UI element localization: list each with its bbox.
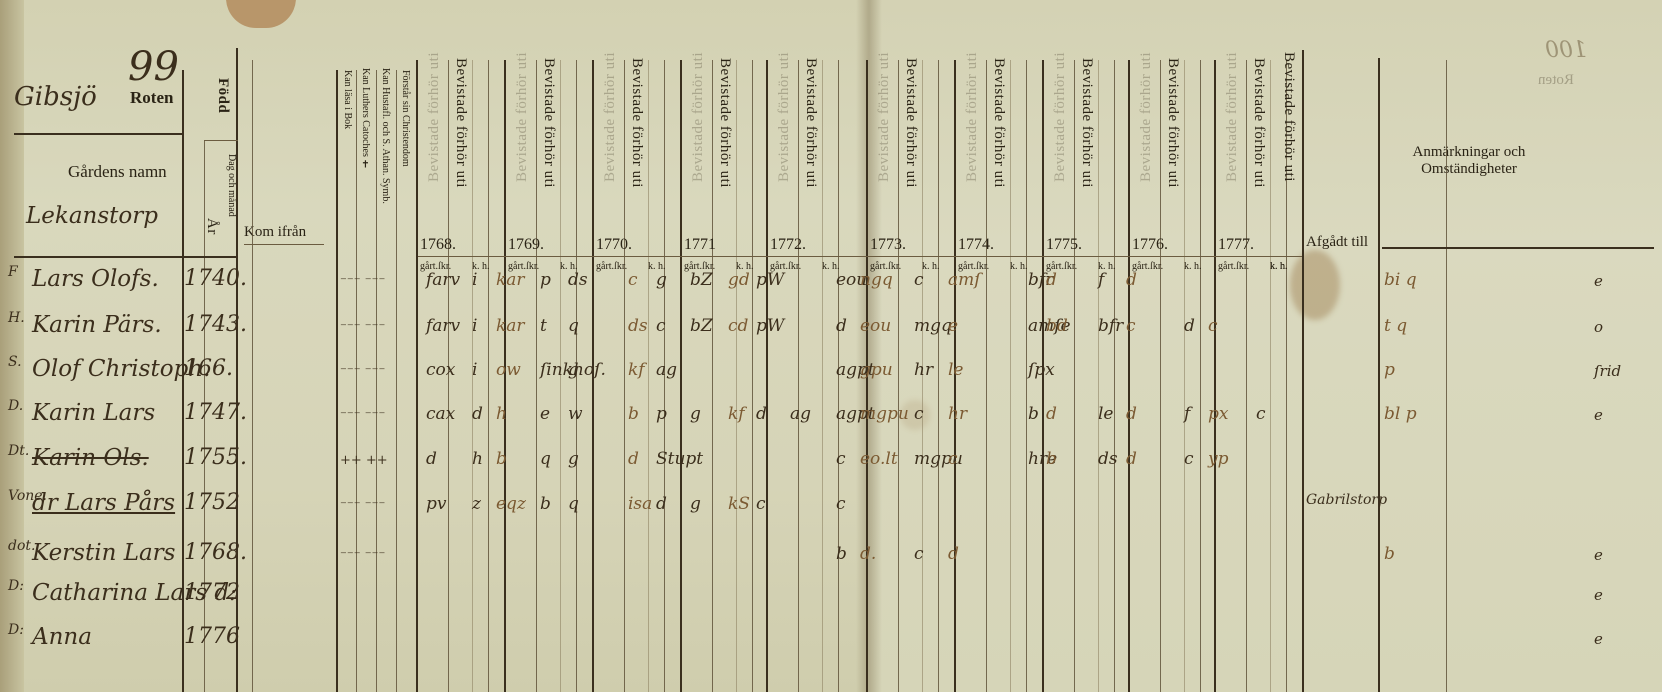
exam-mark: eo.lt bbox=[860, 449, 898, 469]
exam-mark: e bbox=[948, 316, 958, 336]
year-rule bbox=[416, 256, 1302, 257]
year-label: 1769. bbox=[508, 236, 544, 254]
exam-mark: c bbox=[914, 404, 924, 424]
remark-code: ſrid bbox=[1594, 362, 1621, 380]
remark-note: p bbox=[1384, 360, 1395, 380]
rote-label: Roten bbox=[130, 88, 173, 108]
exam-mark: c bbox=[948, 449, 958, 469]
person-prefix: Dt. bbox=[8, 443, 29, 459]
birth-year: 166. bbox=[184, 356, 233, 381]
year-label: 1775. bbox=[1046, 236, 1082, 254]
remark-code: e bbox=[1594, 272, 1603, 290]
rule bbox=[252, 60, 253, 692]
exam-mark: b bbox=[496, 449, 507, 469]
bleedthrough-label: Bevistade förhör uti bbox=[876, 52, 893, 182]
kom-ifran-label: Kom ifrån bbox=[244, 224, 306, 241]
exam-mark: e bbox=[540, 404, 550, 424]
exam-mark: h bbox=[472, 449, 483, 469]
ink-stain bbox=[1290, 250, 1340, 320]
person-name: Karin Lars bbox=[32, 400, 155, 426]
birth-year: 1768. bbox=[184, 540, 247, 565]
exam-mark: b bbox=[1028, 404, 1039, 424]
exam-mark: d bbox=[1184, 316, 1195, 336]
exam-mark: hr bbox=[914, 360, 933, 380]
year-label: 1774. bbox=[958, 236, 994, 254]
rule bbox=[680, 60, 682, 692]
person-name: Kerstin Lars bbox=[32, 540, 175, 566]
exam-mark: c bbox=[628, 270, 638, 290]
afgatt-till: Gabrilstorp bbox=[1306, 492, 1387, 508]
person-name: Karin Pärs. bbox=[32, 312, 162, 338]
year-sublabel: gårt.ſkr. bbox=[1218, 261, 1249, 272]
rule bbox=[244, 244, 324, 245]
exam-mark: d bbox=[1126, 449, 1137, 469]
rule bbox=[938, 60, 939, 692]
birth-year: 1740. bbox=[184, 266, 247, 291]
exam-mark: i bbox=[472, 316, 477, 336]
exam-mark: d bbox=[948, 544, 959, 564]
ar-label: År bbox=[203, 218, 220, 235]
person-prefix: H. bbox=[8, 310, 25, 326]
rote-divider bbox=[14, 133, 184, 135]
exam-mark: b bbox=[540, 494, 551, 514]
year-label: 1770. bbox=[596, 236, 632, 254]
person-name: dr Lars Pårs bbox=[32, 490, 175, 516]
exam-mark: gd bbox=[728, 270, 750, 290]
exam-mark: eou bbox=[860, 316, 891, 336]
exam-mark: d bbox=[656, 494, 667, 514]
exam-mark: ow bbox=[496, 360, 521, 380]
bevistade-label: Bevistade förhör uti bbox=[452, 58, 469, 188]
exam-mark: ds bbox=[568, 270, 588, 290]
exam-mark: gpu bbox=[860, 360, 893, 380]
exam-mark: c bbox=[756, 494, 766, 514]
year-label: 1773. bbox=[870, 236, 906, 254]
kh-label: k. h. bbox=[1184, 261, 1202, 272]
exam-mark: d bbox=[1046, 270, 1057, 290]
exam-mark: ngq bbox=[860, 270, 893, 290]
exam-mark: kf bbox=[728, 404, 745, 424]
exam-mark: c bbox=[1184, 449, 1194, 469]
exam-mark: cox bbox=[426, 360, 455, 380]
rule bbox=[1200, 60, 1201, 692]
birth-year: 1747. bbox=[184, 400, 247, 425]
bleedthrough-label: Bevistade förhör uti bbox=[1052, 52, 1069, 182]
exam-mark: c bbox=[1208, 316, 1218, 336]
exam-mark: c bbox=[1126, 316, 1136, 336]
rule bbox=[624, 60, 625, 692]
exam-mark: cax bbox=[426, 404, 455, 424]
catechism-marks: ++ ++ bbox=[340, 453, 388, 468]
exam-mark: ds bbox=[1098, 449, 1118, 469]
person-prefix: D: bbox=[8, 622, 24, 638]
rule bbox=[356, 70, 357, 692]
year-label: 1777. bbox=[1218, 236, 1254, 254]
exam-mark: mgq bbox=[914, 316, 952, 336]
exam-mark: kf bbox=[628, 360, 645, 380]
bleedthrough-label: Bevistade förhör uti bbox=[776, 52, 793, 182]
bevistade-label: Bevistade förhör uti bbox=[902, 58, 919, 188]
exam-mark: t bbox=[540, 316, 547, 336]
rule bbox=[1214, 60, 1216, 692]
exam-mark: c bbox=[1256, 404, 1266, 424]
rule bbox=[488, 60, 489, 692]
exam-mark: px bbox=[1208, 404, 1228, 424]
exam-mark: Stupt bbox=[656, 449, 703, 469]
bevistade-label: Bevistade förhör uti bbox=[802, 58, 819, 188]
rule bbox=[1098, 60, 1099, 692]
exam-mark: c bbox=[914, 544, 924, 564]
year-sublabel: gårt.ſkr. bbox=[596, 261, 627, 272]
exam-mark: cd bbox=[728, 316, 748, 336]
exam-mark: q bbox=[568, 494, 579, 514]
exam-mark: p bbox=[540, 270, 551, 290]
bevistade-label: Bevistade förhör uti bbox=[990, 58, 1007, 188]
exam-mark: d. bbox=[860, 544, 876, 564]
bleedthrough-label: Bevistade förhör uti bbox=[426, 52, 443, 182]
exam-mark: c bbox=[836, 494, 846, 514]
rule bbox=[1246, 60, 1247, 692]
rule bbox=[822, 60, 823, 692]
remark-code: e bbox=[1594, 630, 1603, 648]
rule bbox=[712, 60, 713, 692]
catechism-marks: ⁻⁻⁻ ⁻⁻⁻ bbox=[340, 364, 385, 379]
bevistade-label: Bevistade förhör uti bbox=[540, 58, 557, 188]
exam-mark: g bbox=[568, 360, 579, 380]
bleedthrough-label: Bevistade förhör uti bbox=[690, 52, 707, 182]
exam-mark: yp bbox=[1208, 449, 1229, 469]
catechism-marks: ⁻⁻⁻ ⁻⁻⁻ bbox=[340, 498, 385, 513]
exam-mark: bZ bbox=[690, 316, 713, 336]
bevistade-label: Bevistade förhör uti bbox=[1280, 52, 1297, 182]
exam-mark: b bbox=[628, 404, 639, 424]
rule bbox=[648, 60, 649, 692]
exam-mark: g bbox=[690, 494, 701, 514]
birth-year: 1752 bbox=[184, 490, 240, 515]
exam-mark: pW bbox=[756, 270, 784, 290]
exam-mark: d bbox=[1126, 270, 1137, 290]
exam-mark: q bbox=[568, 316, 579, 336]
rule bbox=[1270, 60, 1271, 692]
rule bbox=[376, 70, 377, 692]
exam-mark: c bbox=[656, 316, 666, 336]
forstar-label: Förstår sin Christendom bbox=[400, 70, 411, 167]
rule bbox=[1114, 60, 1115, 692]
remark-note: t q bbox=[1384, 316, 1407, 336]
exam-mark: farv bbox=[426, 270, 460, 290]
birth-year: 1743. bbox=[184, 312, 247, 337]
exam-mark: isa bbox=[628, 494, 652, 514]
catechism-marks: ⁻⁻⁻ ⁻⁻⁻ bbox=[340, 274, 385, 289]
exam-mark: hr bbox=[948, 404, 967, 424]
exam-mark: mgpu bbox=[860, 404, 909, 424]
exam-mark: kS bbox=[728, 494, 750, 514]
exam-mark: d bbox=[836, 316, 847, 336]
exam-mark: c bbox=[914, 270, 924, 290]
birth-year: 1755. bbox=[184, 445, 247, 470]
person-name: Anna bbox=[32, 624, 92, 650]
year-label: 1772. bbox=[770, 236, 806, 254]
person-prefix: D. bbox=[8, 398, 23, 414]
kh-label: k. h. bbox=[1270, 261, 1288, 272]
exam-mark: g bbox=[656, 270, 667, 290]
kan-hustafl-label: Kan Hustafl. och S. Athan. Symb. bbox=[380, 68, 391, 204]
person-prefix: S. bbox=[8, 354, 22, 370]
bleedthrough-label: Bevistade förhör uti bbox=[964, 52, 981, 182]
bleedthrough-label: Bevistade förhör uti bbox=[1138, 52, 1155, 182]
exam-mark: bZ bbox=[690, 270, 713, 290]
exam-mark: ds bbox=[628, 316, 648, 336]
exam-mark: b bbox=[1046, 449, 1057, 469]
rule bbox=[736, 60, 737, 692]
exam-mark: d bbox=[628, 449, 639, 469]
exam-mark: bfr bbox=[1098, 316, 1123, 336]
bevistade-label: Bevistade förhör uti bbox=[628, 58, 645, 188]
exam-mark: d bbox=[1126, 404, 1137, 424]
kan-lasa-label: Kan läsa i Bok bbox=[342, 70, 353, 129]
rule bbox=[1378, 58, 1380, 692]
remark-note: bl p bbox=[1384, 404, 1417, 424]
rule bbox=[752, 60, 753, 692]
exam-mark: g bbox=[690, 404, 701, 424]
bleedthrough-label: Bevistade förhör uti bbox=[514, 52, 531, 182]
remark-code: o bbox=[1594, 318, 1603, 336]
bevistade-label: Bevistade förhör uti bbox=[1078, 58, 1095, 188]
exam-mark: i bbox=[472, 270, 477, 290]
bevistade-label: Bevistade förhör uti bbox=[1164, 58, 1181, 188]
exam-mark: q bbox=[540, 449, 551, 469]
kh-label: k. h. bbox=[922, 261, 940, 272]
exam-mark: f bbox=[1098, 270, 1104, 290]
rule bbox=[1128, 60, 1130, 692]
rule bbox=[1160, 60, 1161, 692]
exam-mark: b bbox=[836, 544, 847, 564]
remark-code: e bbox=[1594, 586, 1603, 604]
exam-mark: z bbox=[472, 494, 481, 514]
person-name: Karin Ols. bbox=[32, 445, 149, 471]
rule bbox=[416, 70, 418, 692]
rule bbox=[1184, 60, 1185, 692]
remark-note: bi q bbox=[1384, 270, 1417, 290]
exam-mark: f bbox=[1184, 404, 1190, 424]
remark-code: e bbox=[1594, 546, 1603, 564]
header-bottom-rule bbox=[1382, 247, 1654, 249]
bleedthrough-label: Bevistade förhör uti bbox=[1224, 52, 1241, 182]
rule bbox=[766, 60, 768, 692]
exam-mark: p bbox=[656, 404, 667, 424]
exam-mark: le bbox=[948, 360, 964, 380]
exam-mark: bd bbox=[1046, 316, 1068, 336]
remark-code: e bbox=[1594, 406, 1603, 424]
exam-mark: d bbox=[426, 449, 437, 469]
exam-mark: pv bbox=[426, 494, 447, 514]
rule bbox=[1010, 60, 1011, 692]
year-label: 1768. bbox=[420, 236, 456, 254]
birth-year: 1776 bbox=[184, 624, 240, 649]
rule bbox=[986, 60, 987, 692]
next-rote-ghost: Roten bbox=[1538, 72, 1574, 89]
year-label: 1771 bbox=[684, 236, 716, 254]
exam-mark: d bbox=[1046, 404, 1057, 424]
exam-mark: g bbox=[568, 449, 579, 469]
afgatt-label: Afgådt till bbox=[1306, 234, 1368, 251]
rule bbox=[204, 140, 238, 141]
rote-number: 99 bbox=[128, 44, 179, 90]
exam-mark: ſpx bbox=[1028, 360, 1055, 380]
catechism-marks: ⁻⁻⁻ ⁻⁻⁻ bbox=[340, 408, 385, 423]
catechism-marks: ⁻⁻⁻ ⁻⁻⁻ bbox=[340, 320, 385, 335]
exam-mark: farv bbox=[426, 316, 460, 336]
rule bbox=[536, 60, 537, 692]
next-rote-number-ghost: 100 bbox=[1545, 38, 1587, 63]
exam-mark: kar bbox=[496, 316, 525, 336]
exam-mark: le bbox=[1098, 404, 1114, 424]
person-name: Lars Olofs. bbox=[32, 266, 159, 292]
remark-note: b bbox=[1384, 544, 1395, 564]
rule bbox=[798, 60, 799, 692]
farm-name: Lekanstorp bbox=[26, 203, 158, 229]
exam-mark: w bbox=[568, 404, 583, 424]
exam-mark: pW bbox=[756, 316, 784, 336]
birth-year: 1772 bbox=[184, 580, 240, 605]
exam-mark: i bbox=[472, 360, 477, 380]
exam-mark: d bbox=[756, 404, 767, 424]
rule bbox=[1026, 60, 1027, 692]
bevistade-label: Bevistade förhör uti bbox=[716, 58, 733, 188]
person-prefix: F bbox=[8, 264, 18, 280]
rule bbox=[1074, 60, 1075, 692]
exam-mark: eqz bbox=[496, 494, 526, 514]
exam-mark: ag bbox=[656, 360, 677, 380]
rule bbox=[898, 60, 899, 692]
exam-mark: h bbox=[496, 404, 507, 424]
rule bbox=[1446, 60, 1447, 692]
year-label: 1776. bbox=[1132, 236, 1168, 254]
catechism-marks: ⁻⁻⁻ ⁻⁻⁻ bbox=[340, 548, 385, 563]
farm-label: Gårdens namn bbox=[68, 162, 167, 182]
header-bottom-rule bbox=[14, 256, 238, 258]
exam-mark: c bbox=[836, 449, 846, 469]
fodd-label: Född bbox=[214, 78, 231, 113]
exam-mark: d bbox=[472, 404, 483, 424]
anmarkningar-label: Anmärkningar och Omständigheter bbox=[1384, 144, 1554, 178]
rule bbox=[336, 70, 338, 692]
exam-mark: amſ bbox=[948, 270, 981, 290]
exam-mark: ag bbox=[790, 404, 811, 424]
kan-luthers-label: Kan Luthers Catoches ✝ bbox=[360, 68, 371, 170]
rule bbox=[396, 70, 397, 692]
rule bbox=[1302, 50, 1304, 692]
bevistade-label: Bevistade förhör uti bbox=[1250, 58, 1267, 188]
bleedthrough-label: Bevistade förhör uti bbox=[602, 52, 619, 182]
person-prefix: D: bbox=[8, 578, 24, 594]
kh-label: k. h. bbox=[1010, 261, 1028, 272]
rote-place: Gibsjö bbox=[14, 82, 97, 112]
exam-mark: kar bbox=[496, 270, 525, 290]
